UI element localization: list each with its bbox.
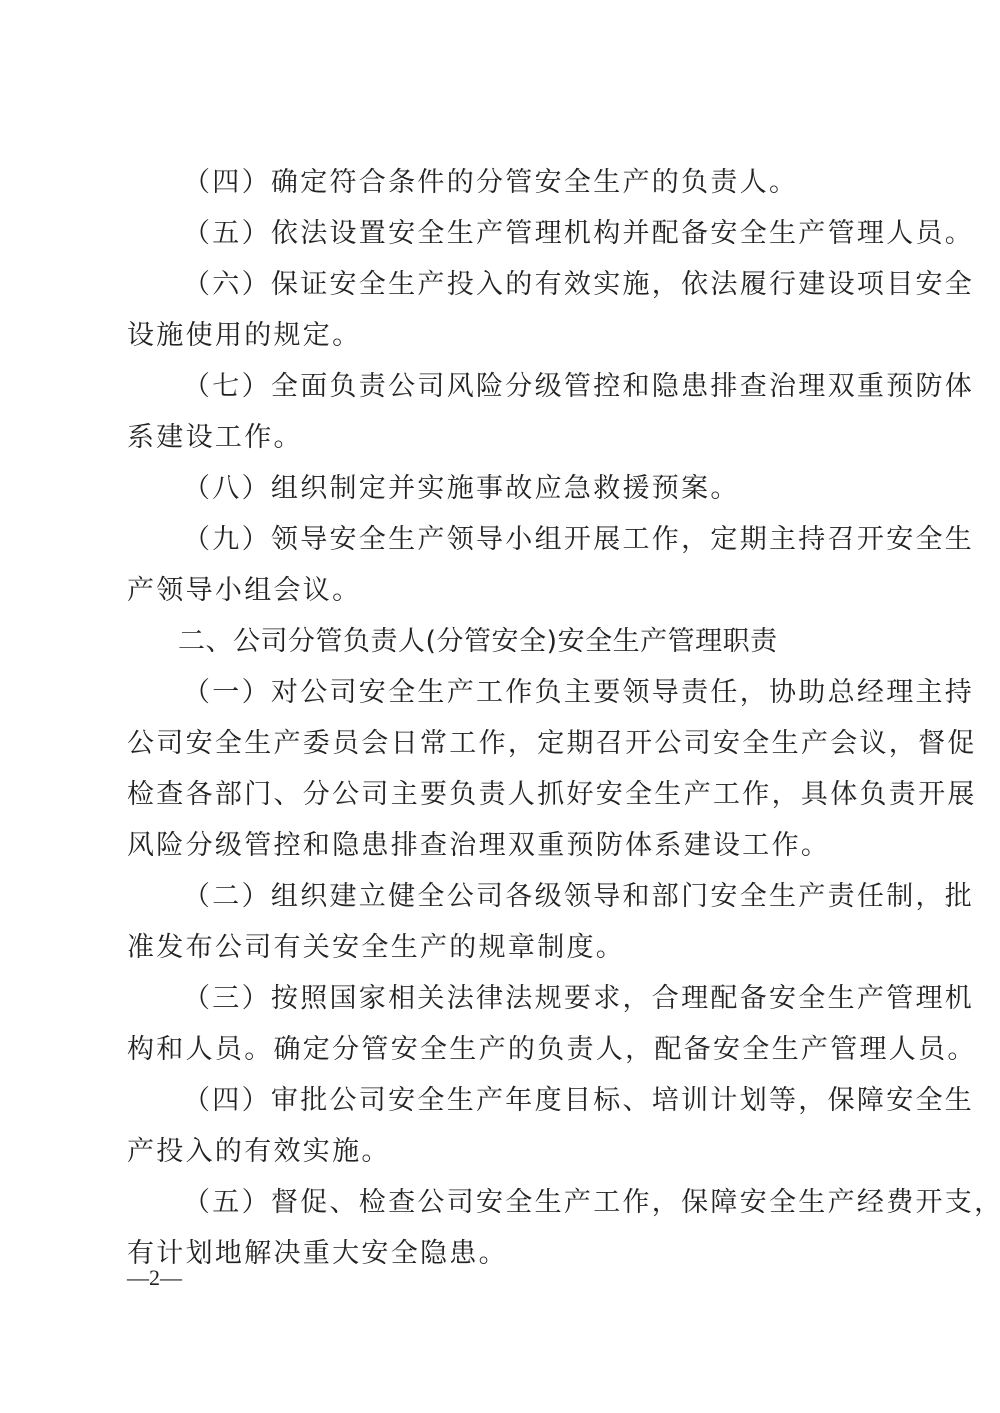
item-6-line-1: （六）保证安全生产投入的有效实施，依法履行建设项目安全 [183,268,877,302]
sec2-item-2-line-1: （二）组织建立健全公司各级领导和部门安全生产责任制，批 [183,880,877,914]
item-7-line-1: （七）全面负责公司风险分级管控和隐患排查治理双重预防体 [183,370,877,404]
sec2-item-5-line-2: 有计划地解决重大安全隐患。 [127,1237,877,1271]
item-9-line-1: （九）领导安全生产领导小组开展工作，定期主持召开安全生 [183,523,877,557]
sec2-item-3-line-1: （三）按照国家相关法律法规要求，合理配备安全生产管理机 [183,982,877,1016]
sec2-item-2-line-2: 准发布公司有关安全生产的规章制度。 [127,931,877,965]
sec2-item-1-line-1: （一）对公司安全生产工作负主要领导责任，协助总经理主持 [183,676,877,710]
item-5-line: （五）依法设置安全生产管理机构并配备安全生产管理人员。 [183,217,877,251]
sec2-item-1-line-4: 风险分级管控和隐患排查治理双重预防体系建设工作。 [127,829,877,863]
sec2-item-1-line-3: 检查各部门、分公司主要负责人抓好安全生产工作，具体负责开展 [127,778,877,812]
item-9-line-2: 产领导小组会议。 [127,574,877,608]
sec2-item-1-line-2: 公司安全生产委员会日常工作，定期召开公司安全生产会议，督促 [127,727,877,761]
document-page: （四）确定符合条件的分管安全生产的负责人。 （五）依法设置安全生产管理机构并配备… [0,0,1000,1413]
sec2-item-4-line-2: 产投入的有效实施。 [127,1135,877,1169]
page-number: —2— [127,1264,182,1292]
sec2-item-3-line-2: 构和人员。确定分管安全生产的负责人，配备安全生产管理人员。 [127,1033,877,1067]
section-heading: 二、公司分管负责人(分管安全)安全生产管理职责 [178,625,872,659]
sec2-item-5-line-1: （五）督促、检查公司安全生产工作，保障安全生产经费开支， [183,1186,877,1220]
sec2-item-4-line-1: （四）审批公司安全生产年度目标、培训计划等，保障安全生 [183,1084,877,1118]
item-6-line-2: 设施使用的规定。 [127,319,877,353]
item-7-line-2: 系建设工作。 [127,421,877,455]
item-4-line: （四）确定符合条件的分管安全生产的负责人。 [183,166,877,200]
item-8-line: （八）组织制定并实施事故应急救援预案。 [183,472,877,506]
